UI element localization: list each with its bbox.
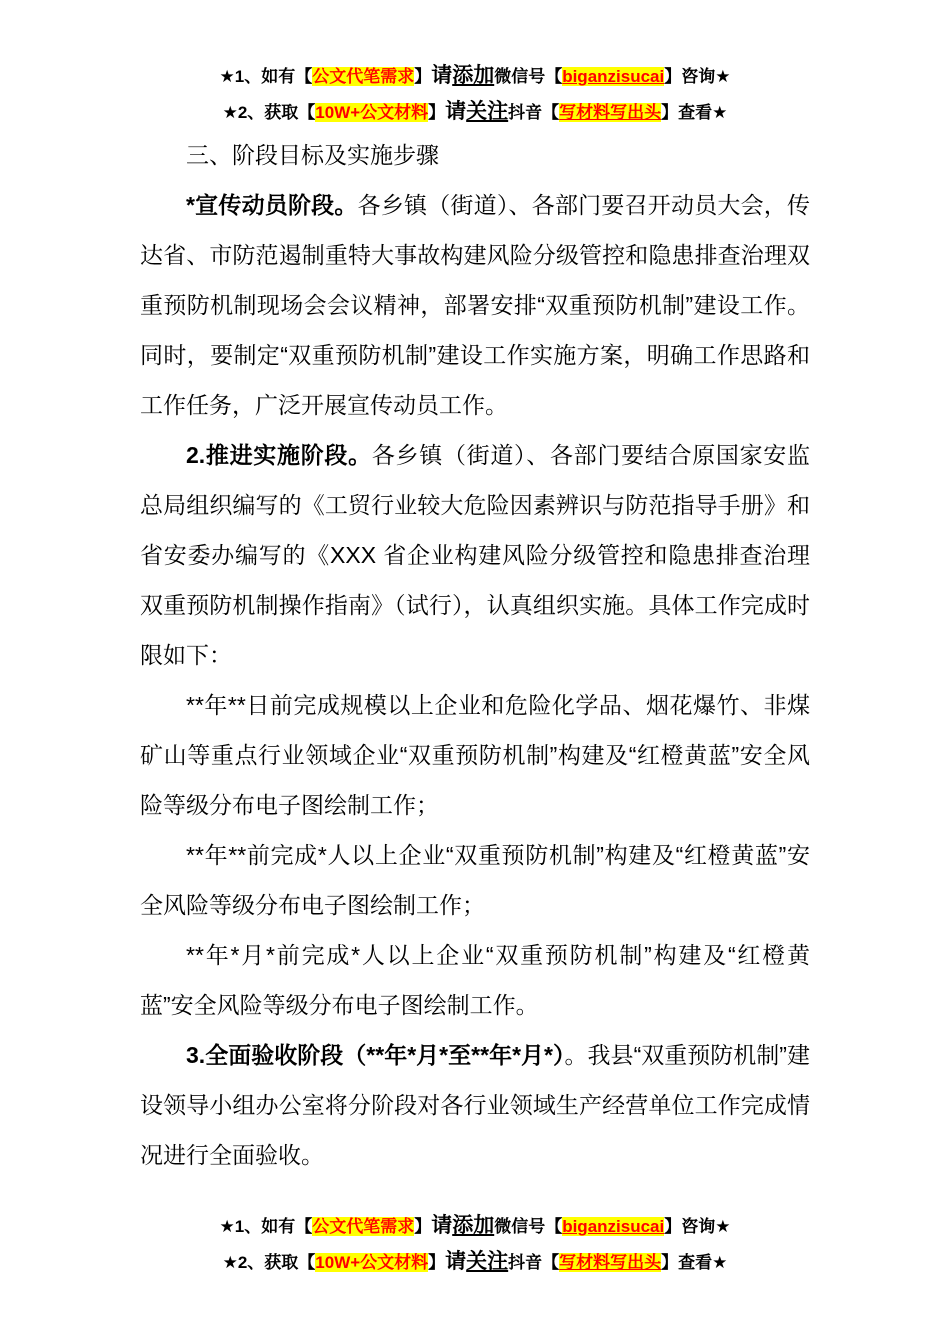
ad-channel-label: 抖音【 (508, 103, 559, 122)
ad-channel-label: 微信号【 (494, 1217, 562, 1236)
ad-channel-label: 抖音【 (508, 1253, 559, 1272)
ad-highlight-phrase: 公文代笔需求 (312, 1217, 414, 1236)
ad-verb: 请 (431, 1214, 452, 1237)
ad-verb: 请 (445, 1250, 466, 1273)
ad-verb: 请 (445, 100, 466, 123)
ad-highlight-phrase: 10W+公文材料 (315, 1253, 428, 1272)
ad-action-underlined: 关注 (466, 100, 508, 123)
ad-verb: 请 (431, 64, 452, 87)
ad-suffix: 】咨询★ (664, 1217, 730, 1236)
footer-ad-line-1: ★1、如有【公文代笔需求】请添加微信号【biganzisucai】咨询★ (0, 1208, 950, 1244)
ad-prefix: ★1、如有【 (220, 67, 313, 86)
ad-action-underlined: 关注 (466, 1250, 508, 1273)
paragraph-deadline-3: **年*月*前完成*人以上企业“双重预防机制”构建及“红橙黄蓝”安全风险等级分布… (140, 930, 810, 1030)
ad-account-name: 写材料写出头 (559, 1253, 661, 1272)
ad-prefix: ★1、如有【 (220, 1217, 313, 1236)
ad-bracket: 】 (428, 1253, 445, 1272)
ad-suffix: 】查看★ (661, 103, 727, 122)
ad-suffix: 】查看★ (661, 1253, 727, 1272)
ad-account-name: 写材料写出头 (559, 103, 661, 122)
paragraph-deadline-1: **年**日前完成规模以上企业和危险化学品、烟花爆竹、非煤矿山等重点行业领域企业… (140, 680, 810, 830)
footer-ad-block: ★1、如有【公文代笔需求】请添加微信号【biganzisucai】咨询★ ★2、… (0, 1208, 950, 1280)
paragraph-deadline-2: **年**前完成*人以上企业“双重预防机制”构建及“红橙黄蓝”安全风险等级分布电… (140, 830, 810, 930)
paragraph-text: 各乡镇（街道）、各部门要召开动员大会，传达省、市防范遏制重特大事故构建风险分级管… (140, 192, 810, 418)
ad-bracket: 】 (414, 1217, 431, 1236)
paragraph-lead: 3.全面验收阶段（**年*月*至**年*月*） (186, 1042, 565, 1068)
footer-ad-line-2: ★2、获取【10W+公文材料】请关注抖音【写材料写出头】查看★ (0, 1244, 950, 1280)
ad-prefix: ★2、获取【 (223, 1253, 316, 1272)
ad-action-underlined: 添加 (452, 1214, 494, 1237)
ad-bracket: 】 (414, 67, 431, 86)
paragraph-acceptance-stage: 3.全面验收阶段（**年*月*至**年*月*）。我县“双重预防机制”建设领导小组… (140, 1030, 810, 1180)
ad-account-name: biganzisucai (562, 1217, 664, 1236)
ad-highlight-phrase: 公文代笔需求 (312, 67, 414, 86)
header-ad-line-1: ★1、如有【公文代笔需求】请添加微信号【biganzisucai】咨询★ (0, 58, 950, 94)
paragraph-lead: *宣传动员阶段。 (186, 192, 358, 218)
ad-bracket: 】 (428, 103, 445, 122)
ad-account-name: biganzisucai (562, 67, 664, 86)
paragraph-text: **年**前完成*人以上企业“双重预防机制”构建及“红橙黄蓝”安全风险等级分布电… (140, 842, 810, 918)
paragraph-lead: 2.推进实施阶段。 (186, 442, 372, 468)
paragraph-text: 各乡镇（街道）、各部门要结合原国家安监总局组织编写的《工贸行业较大危险因素辨识与… (140, 442, 810, 668)
paragraph-propaganda-stage: *宣传动员阶段。各乡镇（街道）、各部门要召开动员大会，传达省、市防范遏制重特大事… (140, 180, 810, 430)
header-ad-line-2: ★2、获取【10W+公文材料】请关注抖音【写材料写出头】查看★ (0, 94, 950, 130)
ad-suffix: 】咨询★ (664, 67, 730, 86)
paragraph-implementation-stage: 2.推进实施阶段。各乡镇（街道）、各部门要结合原国家安监总局组织编写的《工贸行业… (140, 430, 810, 680)
ad-action-underlined: 添加 (452, 64, 494, 87)
section-heading: 三、阶段目标及实施步骤 (140, 130, 810, 180)
ad-channel-label: 微信号【 (494, 67, 562, 86)
header-ad-block: ★1、如有【公文代笔需求】请添加微信号【biganzisucai】咨询★ ★2、… (0, 0, 950, 130)
paragraph-text: **年*月*前完成*人以上企业“双重预防机制”构建及“红橙黄蓝”安全风险等级分布… (140, 942, 810, 1018)
document-page: ★1、如有【公文代笔需求】请添加微信号【biganzisucai】咨询★ ★2、… (0, 0, 950, 1344)
ad-prefix: ★2、获取【 (223, 103, 316, 122)
ad-highlight-phrase: 10W+公文材料 (315, 103, 428, 122)
paragraph-text: **年**日前完成规模以上企业和危险化学品、烟花爆竹、非煤矿山等重点行业领域企业… (140, 692, 810, 818)
document-body: 三、阶段目标及实施步骤 *宣传动员阶段。各乡镇（街道）、各部门要召开动员大会，传… (140, 130, 810, 1180)
